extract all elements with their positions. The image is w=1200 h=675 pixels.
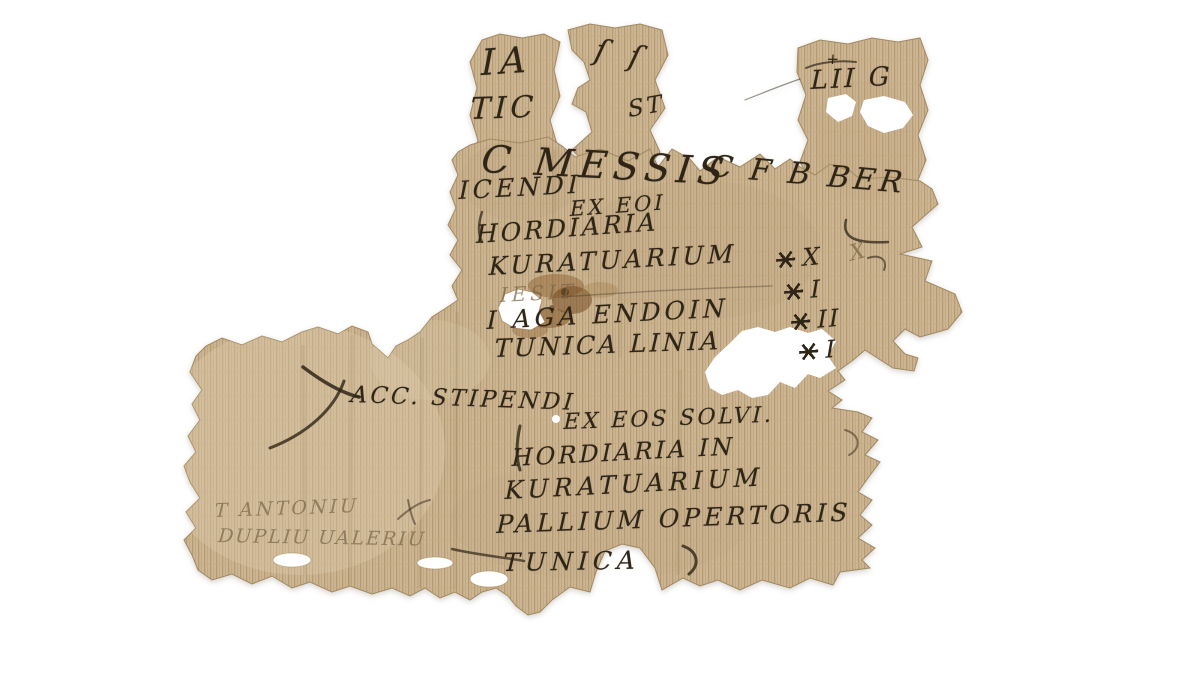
papyrus-text-line: T ANTONIU: [214, 497, 359, 521]
denarius-sign: [776, 250, 795, 270]
denarius-price: I: [784, 277, 822, 304]
papyrus-text-line: EX EOS SOLVI.: [563, 405, 774, 434]
papyrus-text-line: C F B BER: [707, 152, 908, 199]
denarius-sign: [791, 312, 810, 332]
denarius-value: X: [802, 242, 822, 272]
papyrus-text-line: TIC: [470, 93, 538, 125]
papyrus-text-line: DUPLIU UALERIU: [217, 527, 426, 550]
papyrus-text-line: TUNICA: [503, 548, 641, 575]
papyrus-text-line: ACC. STIPENDI: [350, 384, 577, 415]
papyrus-text-line: KURATUARIUM: [489, 241, 738, 279]
papyrus-text-line: PALLIUM OPERTORIS: [496, 500, 852, 537]
papyrus-text-line: IA: [481, 42, 531, 82]
denarius-price: I: [799, 337, 837, 364]
papyrus-text-line: ST: [627, 93, 666, 122]
papyrus-text-line: TUNICA LINIA: [494, 328, 722, 361]
papyrus-text-line: ſ ſ: [592, 36, 651, 74]
denarius-value: II: [817, 304, 840, 334]
papyrus-text-line: X: [848, 240, 867, 266]
papyrus-text-line: HORDIARIA: [476, 209, 658, 247]
papyrus-text-line: LII G: [811, 64, 893, 94]
papyrus-photo: IAſ ſ+LII GTICSTC MESSISC F B BERICENDIE…: [0, 0, 1200, 675]
denarius-value: I: [825, 335, 837, 364]
papyrus-text-line: ICENDI: [459, 172, 582, 203]
denarius-price: X: [776, 244, 822, 272]
papyrus-text-layer: IAſ ſ+LII GTICSTC MESSISC F B BERICENDIE…: [0, 0, 1200, 675]
denarius-price: II: [791, 306, 841, 334]
denarius-value: I: [810, 275, 822, 304]
denarius-sign: [799, 342, 818, 362]
denarius-sign: [784, 282, 803, 302]
